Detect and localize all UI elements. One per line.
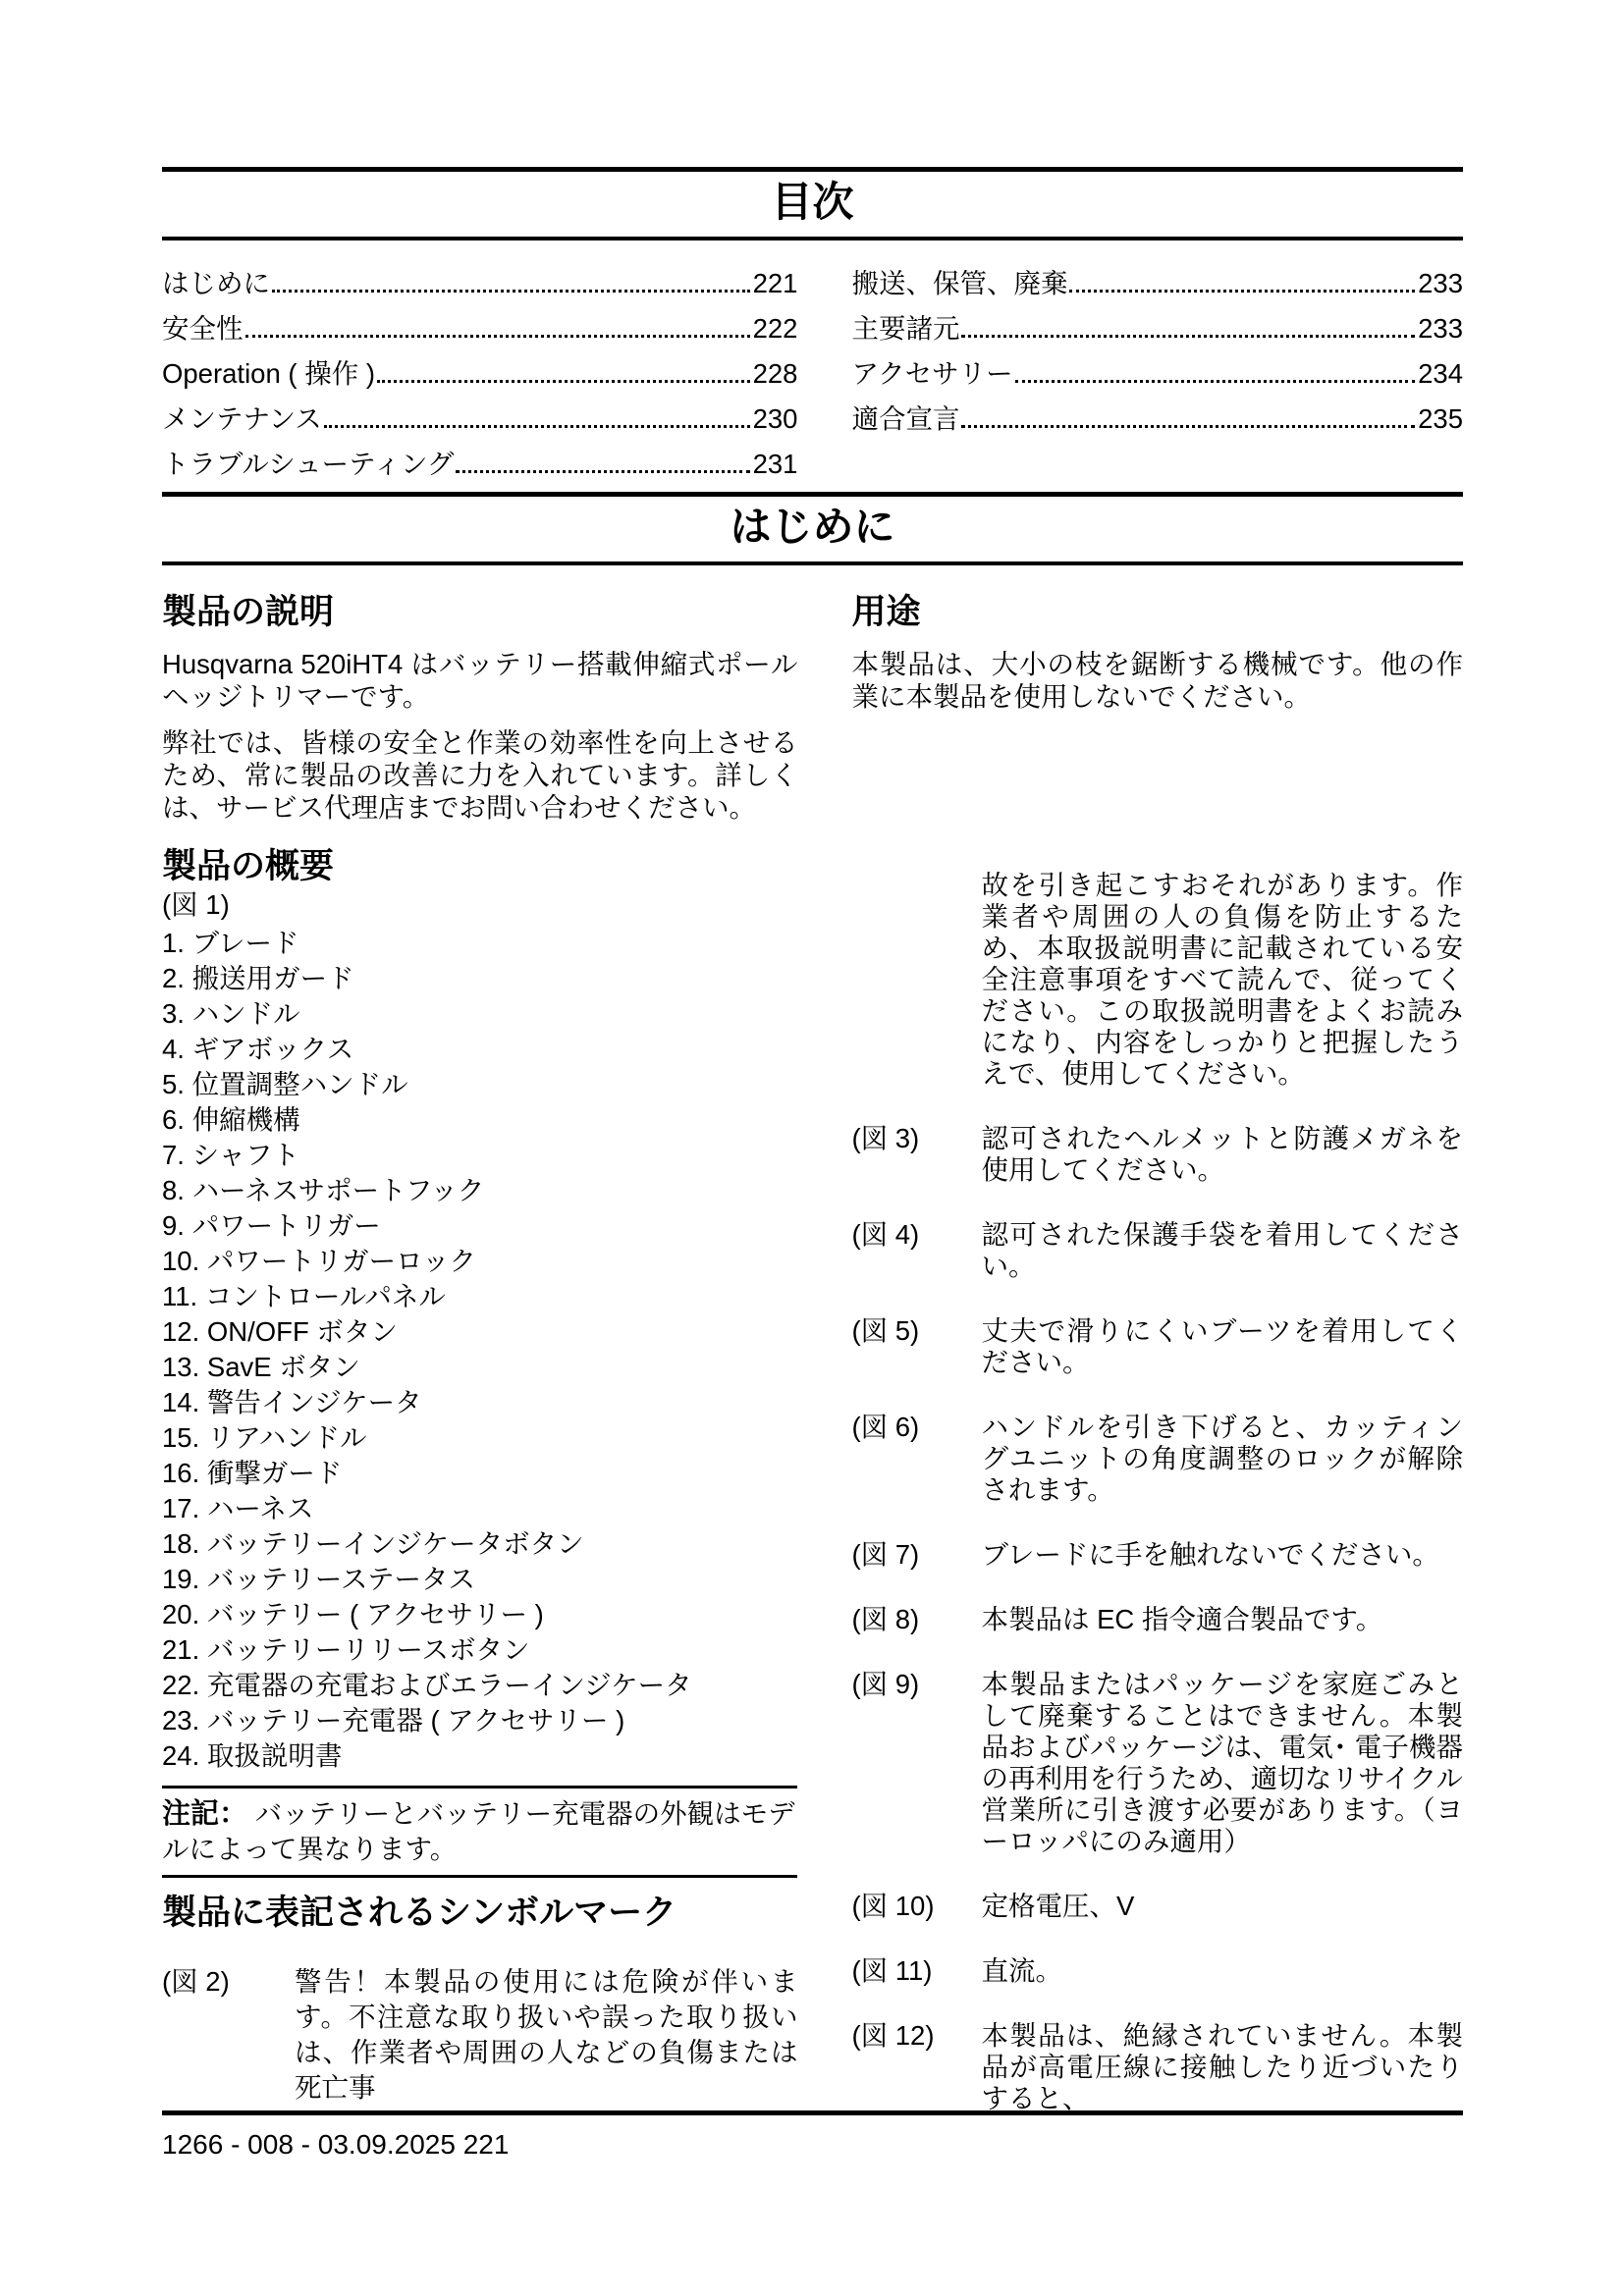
product-overview-heading: 製品の概要: [162, 845, 797, 888]
toc-leader-dots: [377, 380, 750, 383]
figure-label: (図 9): [851, 1669, 981, 1857]
symbol-figure-list: (図 3)認可されたヘルメットと防護メガネを使用してください。(図 4)認可され…: [851, 1123, 1463, 2114]
footer-text: 1266 - 008 - 03.09.2025 221: [162, 2128, 509, 2162]
page-content: 目次 はじめに221安全性222Operation ( 操作 )228メンテナン…: [0, 0, 1624, 2114]
toc-entry: 安全性222: [162, 299, 797, 345]
product-overview-item: 10. パワートリガーロック: [162, 1244, 797, 1279]
toc-leader-dots: [961, 335, 1415, 338]
toc-entry: Operation ( 操作 )228: [162, 345, 797, 390]
figure-row: (図 6)ハンドルを引き下げると、カッティングユニットの角度調整のロックが解除さ…: [851, 1412, 1463, 1506]
product-overview-item: 11. コントロールパネル: [162, 1279, 797, 1314]
figure-label: (図 4): [851, 1219, 981, 1282]
product-description-heading: 製品の説明: [162, 591, 797, 634]
figure-row: (図 5)丈夫で滑りにくいブーツを着用してください。: [851, 1315, 1463, 1378]
product-overview-item: 1. ブレード: [162, 926, 797, 961]
note-text: バッテリーとバッテリー充電器の外観はモデルによって異なります。: [162, 1798, 795, 1864]
toc-entry-label: 主要諸元: [851, 312, 959, 345]
product-overview-item: 2. 搬送用ガード: [162, 961, 797, 996]
intro-section-title: はじめに: [162, 502, 1463, 553]
toc-entry: 適合宣言235: [851, 390, 1463, 435]
figure-label: (図 7): [851, 1539, 981, 1571]
figure-text: 認可された保護手袋を着用してください。: [981, 1219, 1463, 1282]
product-overview-item: 18. バッテリーインジケータボタン: [162, 1526, 797, 1562]
toc-leader-dots: [961, 425, 1415, 428]
toc-entry: アクセサリー234: [851, 345, 1463, 390]
toc-entry-label: 安全性: [162, 312, 244, 345]
figure-label-empty: [851, 870, 981, 1090]
note-label: 注記：: [162, 1798, 247, 1830]
body-columns: 製品の説明 Husqvarna 520iHT4 はバッテリー搭載伸縮式ポールヘッ…: [162, 591, 1463, 2114]
figure-row: (図 12)本製品は、絶縁されていません。本製品が高電圧線に接触したり近づいたり…: [851, 2020, 1463, 2114]
product-overview-list: 1. ブレード2. 搬送用ガード3. ハンドル4. ギアボックス5. 位置調整ハ…: [162, 926, 797, 1774]
figure-row: (図 3)認可されたヘルメットと防護メガネを使用してください。: [851, 1123, 1463, 1186]
body-column-left: 製品の説明 Husqvarna 520iHT4 はバッテリー搭載伸縮式ポールヘッ…: [162, 591, 797, 2114]
figure-label: (図 6): [851, 1412, 981, 1506]
intro-section-banner: はじめに: [162, 492, 1463, 565]
toc-leader-dots: [324, 425, 750, 428]
toc-entry-page: 222: [753, 312, 798, 345]
figure-text: 本製品は EC 指令適合製品です。: [981, 1604, 1463, 1635]
product-overview-item: 7. シャフト: [162, 1138, 797, 1173]
toc-entry-page: 235: [1418, 402, 1463, 435]
toc-entry-page: 233: [1418, 312, 1463, 345]
product-overview-item: 9. パワートリガー: [162, 1208, 797, 1244]
figure-row: (図 7)ブレードに手を触れないでください。: [851, 1539, 1463, 1571]
toc-leader-dots: [272, 290, 750, 293]
product-overview-item: 23. バッテリー充電器 ( アクセサリー ): [162, 1703, 797, 1738]
toc-entry-label: はじめに: [162, 267, 270, 299]
figure-2-continuation-row: 故を引き起こすおそれがあります。作業者や周囲の人の負傷を防止するため、本取扱説明…: [851, 870, 1463, 1090]
toc-entry-page: 233: [1418, 267, 1463, 299]
figure-row: (図 4)認可された保護手袋を着用してください。: [851, 1219, 1463, 1282]
toc-leader-dots: [1069, 290, 1415, 293]
table-of-contents: はじめに221安全性222Operation ( 操作 )228メンテナンス23…: [162, 254, 1463, 480]
figure-row: (図 2) 警告！本製品の使用には危険が伴います。不注意な取り扱いや誤った取り扱…: [162, 1964, 797, 2106]
note-divider-bottom: [162, 1875, 797, 1878]
figure-label: (図 2): [162, 1964, 295, 2106]
toc-entry-page: 228: [753, 357, 798, 390]
figure-text: 認可されたヘルメットと防護メガネを使用してください。: [981, 1123, 1463, 1186]
toc-entry-page: 231: [753, 448, 798, 480]
toc-entry: メンテナンス230: [162, 390, 797, 435]
product-overview-item: 15. リアハンドル: [162, 1420, 797, 1456]
figure-text: 本製品またはパッケージを家庭ごみとして廃棄することはできません。本製品およびパッ…: [981, 1669, 1463, 1857]
toc-entry: はじめに221: [162, 254, 797, 299]
product-overview-item: 20. バッテリー ( アクセサリー ): [162, 1597, 797, 1632]
product-overview-item: 14. 警告インジケータ: [162, 1385, 797, 1420]
figure-text: 故を引き起こすおそれがあります。作業者や周囲の人の負傷を防止するため、本取扱説明…: [981, 870, 1463, 1090]
toc-column-left: はじめに221安全性222Operation ( 操作 )228メンテナンス23…: [162, 254, 797, 480]
figure-text: ハンドルを引き下げると、カッティングユニットの角度調整のロックが解除されます。: [981, 1412, 1463, 1506]
product-description-paragraph-2: 弊社では、皆様の安全と作業の効率性を向上させるため、常に製品の改善に力を入れてい…: [162, 726, 797, 824]
toc-leader-dots: [456, 470, 749, 473]
toc-entry-label: アクセサリー: [851, 357, 1012, 390]
note: 注記： バッテリーとバッテリー充電器の外観はモデルによって異なります。: [162, 1796, 797, 1867]
product-overview-item: 13. SavE ボタン: [162, 1350, 797, 1385]
figure-label: (図 10): [851, 1891, 981, 1922]
product-overview-item: 17. ハーネス: [162, 1491, 797, 1526]
product-overview-item: 3. ハンドル: [162, 996, 797, 1032]
note-divider-top: [162, 1786, 797, 1789]
figure-label: (図 8): [851, 1604, 981, 1635]
toc-entry-page: 221: [753, 267, 798, 299]
figure-row: (図 9)本製品またはパッケージを家庭ごみとして廃棄することはできません。本製品…: [851, 1669, 1463, 1857]
toc-entry: トラブルシューティング231: [162, 435, 797, 480]
intended-use-heading: 用途: [851, 591, 1463, 634]
toc-entry-label: メンテナンス: [162, 402, 322, 435]
toc-entry-page: 234: [1418, 357, 1463, 390]
product-overview-item: 21. バッテリーリリースボタン: [162, 1632, 797, 1668]
product-overview-item: 8. ハーネスサポートフック: [162, 1173, 797, 1208]
figure-label: (図 12): [851, 2020, 981, 2114]
toc-title: 目次: [162, 177, 1463, 228]
manual-page: 目次 はじめに221安全性222Operation ( 操作 )228メンテナン…: [0, 0, 1624, 2296]
figure-row: (図 8)本製品は EC 指令適合製品です。: [851, 1604, 1463, 1635]
product-overview-item: 5. 位置調整ハンドル: [162, 1067, 797, 1102]
toc-entry-page: 230: [753, 402, 798, 435]
figure-label: (図 5): [851, 1315, 981, 1378]
toc-entry-label: Operation ( 操作 ): [162, 357, 375, 390]
product-overview-item: 12. ON/OFF ボタン: [162, 1314, 797, 1350]
toc-entry-label: トラブルシューティング: [162, 448, 454, 480]
symbols-heading: 製品に表記されるシンボルマーク: [162, 1892, 797, 1935]
product-overview-item: 4. ギアボックス: [162, 1032, 797, 1067]
toc-leader-dots: [1015, 380, 1415, 383]
product-overview-item: 22. 充電器の充電およびエラーインジケータ: [162, 1668, 797, 1703]
toc-entry-label: 適合宣言: [851, 402, 959, 435]
product-description-paragraph-1: Husqvarna 520iHT4 はバッテリー搭載伸縮式ポールヘッジトリマーで…: [162, 648, 797, 713]
figure-text: 警告！本製品の使用には危険が伴います。不注意な取り扱いや誤った取り扱いは、作業者…: [295, 1964, 797, 2106]
toc-entry-label: 搬送、保管、廃棄: [851, 267, 1067, 299]
figure-text: 定格電圧、V: [981, 1891, 1463, 1922]
toc-entry: 搬送、保管、廃棄233: [851, 254, 1463, 299]
figure-1-reference: (図 1): [162, 888, 797, 922]
intended-use-paragraph: 本製品は、大小の枝を鋸断する機械です。他の作業に本製品を使用しないでください。: [851, 648, 1463, 713]
figure-row: (図 10)定格電圧、V: [851, 1891, 1463, 1922]
footer-rule: [162, 2110, 1463, 2115]
figure-text: 直流。: [981, 1955, 1463, 1987]
toc-leader-dots: [245, 335, 750, 338]
figure-label: (図 11): [851, 1955, 981, 1987]
product-overview-item: 6. 伸縮機構: [162, 1102, 797, 1138]
product-overview-item: 24. 取扱説明書: [162, 1738, 797, 1774]
figure-text: ブレードに手を触れないでください。: [981, 1539, 1463, 1571]
product-overview-item: 16. 衝撃ガード: [162, 1456, 797, 1491]
figure-text: 丈夫で滑りにくいブーツを着用してください。: [981, 1315, 1463, 1378]
figure-label: (図 3): [851, 1123, 981, 1186]
figure-row: (図 11)直流。: [851, 1955, 1463, 1987]
figure-text: 本製品は、絶縁されていません。本製品が高電圧線に接触したり近づいたりすると、: [981, 2020, 1463, 2114]
toc-section-banner: 目次: [162, 167, 1463, 240]
body-column-right: 用途 本製品は、大小の枝を鋸断する機械です。他の作業に本製品を使用しないでくださ…: [851, 591, 1463, 2114]
product-overview-item: 19. バッテリーステータス: [162, 1562, 797, 1597]
toc-column-right: 搬送、保管、廃棄233主要諸元233アクセサリー234適合宣言235: [851, 254, 1463, 480]
toc-entry: 主要諸元233: [851, 299, 1463, 345]
